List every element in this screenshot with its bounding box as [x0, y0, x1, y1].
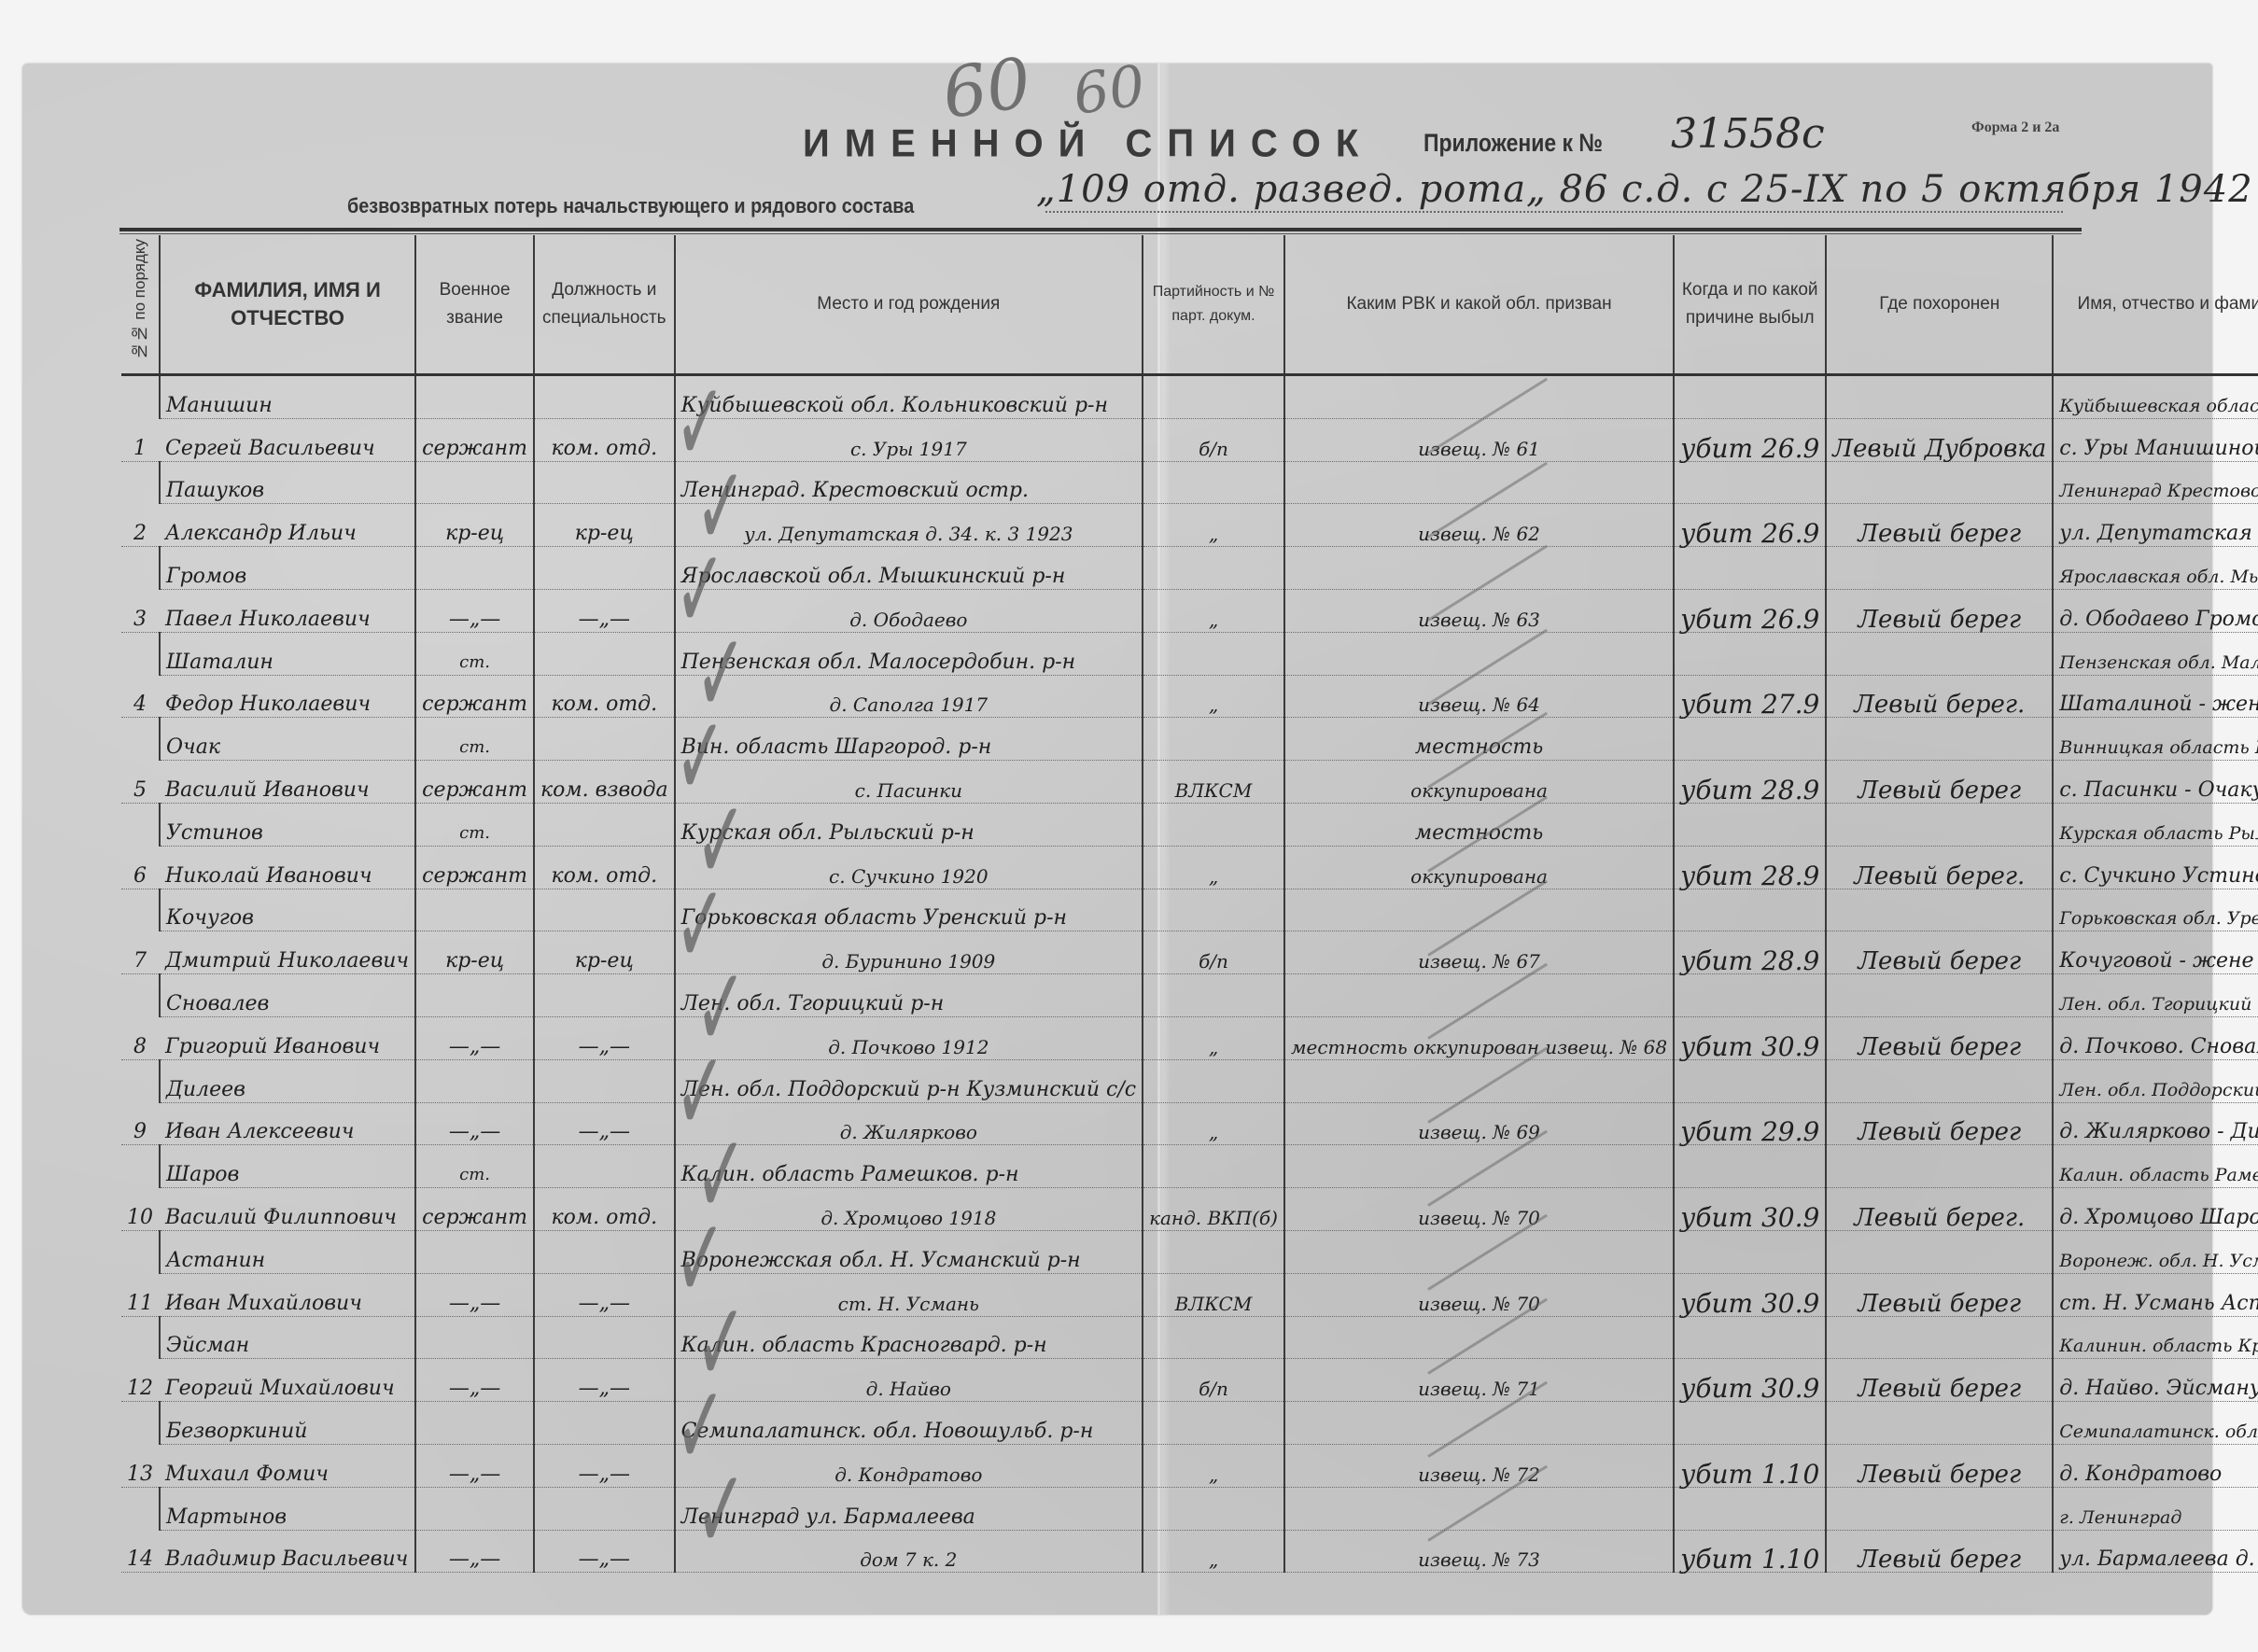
- contact-region: Горьковская обл. Уренский р-н д. Буринин…: [2053, 889, 2258, 931]
- row-number: 10: [121, 1145, 160, 1231]
- position-top: [534, 461, 675, 504]
- military-rank: —„—: [415, 1359, 534, 1402]
- party-top: [1143, 461, 1284, 504]
- reason-date: убит 26.9: [1674, 418, 1826, 461]
- party-top: [1143, 1230, 1284, 1273]
- position: ком. отд.: [534, 675, 675, 718]
- party-status: ВЛКСМ: [1143, 1273, 1284, 1316]
- party-status: „: [1143, 1102, 1284, 1145]
- buried-top: [1826, 718, 2053, 761]
- position: ком. отд.: [534, 1188, 675, 1231]
- burial-place: Левый берег: [1826, 504, 2053, 547]
- position: —„—: [534, 1359, 675, 1402]
- pencil-page-number-2: 60: [1070, 53, 1149, 128]
- contact-address: д. Жилярково - Дилееву отцу: [2053, 1102, 2258, 1145]
- table-row-surname: 10 Шаров ст. Калин. область Рамешков. р-…: [121, 1145, 2258, 1188]
- position-top: [534, 547, 675, 590]
- birthplace-region: Куйбышевской обл. Кольниковский р-н: [675, 375, 1143, 419]
- reason-top: [1674, 1230, 1826, 1273]
- row-number: 9: [121, 1059, 160, 1145]
- contact-address: Шаталиной - жене: [2053, 675, 2258, 718]
- reason-date: убит 28.9: [1674, 846, 1826, 889]
- appendix-label: Приложение к №: [1424, 129, 1603, 158]
- rank-prefix: [415, 375, 534, 419]
- burial-place: Левый берег: [1826, 1530, 2053, 1573]
- reason-top: [1674, 632, 1826, 675]
- rvk-notice: извещ. № 71: [1284, 1359, 1674, 1402]
- table-row-given: Григорий Иванович —„— —„— д. Почково 191…: [121, 1016, 2258, 1059]
- row-number: 5: [121, 718, 160, 804]
- table-row-surname: 6 Устинов ст. Курская обл. Рыльский р-н …: [121, 803, 2258, 846]
- military-rank: сержант: [415, 761, 534, 804]
- position-top: [534, 1402, 675, 1445]
- table-row-surname: 12 Эйсман Калин. область Красногвард. р-…: [121, 1316, 2258, 1359]
- unit-and-period: „109 отд. развед. рота„ 86 с.д. с 25-IX …: [1036, 168, 2100, 211]
- contact-address: д. Кондратово: [2053, 1444, 2258, 1487]
- position-top: [534, 1487, 675, 1530]
- table-top-rule-thin: [119, 233, 2082, 234]
- surname: Эйсман: [160, 1316, 415, 1359]
- position-top: [534, 1230, 675, 1273]
- position: ком. взвода: [534, 761, 675, 804]
- col-header-rank: Военное звание: [415, 235, 534, 375]
- given-names: Иван Михайлович: [160, 1273, 415, 1316]
- document-subtitle: безвозвратных потерь начальствующего и р…: [347, 194, 914, 218]
- table-row-given: Михаил Фомич —„— —„— д. Кондратово „ изв…: [121, 1444, 2258, 1487]
- buried-top: [1826, 889, 2053, 931]
- rank-prefix: ст.: [415, 718, 534, 761]
- rvk-top: [1284, 547, 1674, 590]
- rank-prefix: [415, 974, 534, 1017]
- table-row-given: Александр Ильич кр-ец кр-ец ул. Депутатс…: [121, 504, 2258, 547]
- contact-region: Винницкая область Шаргородский район -: [2053, 718, 2258, 761]
- position: —„—: [534, 1273, 675, 1316]
- buried-top: [1826, 547, 2053, 590]
- rvk-top: [1284, 1145, 1674, 1188]
- surname: Пашуков: [160, 461, 415, 504]
- table-row-given: Иван Алексеевич —„— —„— д. Жилярково „ и…: [121, 1102, 2258, 1145]
- row-number: 8: [121, 974, 160, 1060]
- party-top: [1143, 889, 1284, 931]
- position-top: [534, 803, 675, 846]
- reason-top: [1674, 461, 1826, 504]
- reason-date: убит 1.10: [1674, 1530, 1826, 1573]
- contact-region: Лен. обл. Тгорицкий р-н: [2053, 974, 2258, 1017]
- burial-place: Левый берег.: [1826, 675, 2053, 718]
- rank-prefix: [415, 1402, 534, 1445]
- table-row-given: Василий Филиппович сержант ком. отд. д. …: [121, 1188, 2258, 1231]
- rvk-notice: извещ. № 70: [1284, 1188, 1674, 1231]
- given-names: Федор Николаевич: [160, 675, 415, 718]
- given-names: Павел Николаевич: [160, 589, 415, 632]
- rvk-top: [1284, 461, 1674, 504]
- party-status: б/п: [1143, 1359, 1284, 1402]
- surname: Сновалев: [160, 974, 415, 1017]
- party-top: [1143, 974, 1284, 1017]
- reason-date: убит 26.9: [1674, 589, 1826, 632]
- surname: Шаталин: [160, 632, 415, 675]
- table-row-given: Федор Николаевич сержант ком. отд. д. Са…: [121, 675, 2258, 718]
- contact-address: д. Ободаево Громовой Н.И. - матери: [2053, 589, 2258, 632]
- party-status: „: [1143, 1444, 1284, 1487]
- pencil-check-icon: ✓: [695, 1455, 747, 1567]
- party-top: [1143, 803, 1284, 846]
- buried-top: [1826, 461, 2053, 504]
- military-rank: —„—: [415, 589, 534, 632]
- military-rank: кр-ец: [415, 504, 534, 547]
- surname: Манишин: [160, 375, 415, 419]
- military-rank: сержант: [415, 675, 534, 718]
- given-names: Григорий Иванович: [160, 1016, 415, 1059]
- rank-prefix: ст.: [415, 632, 534, 675]
- surname: Дилеев: [160, 1059, 415, 1102]
- position-top: [534, 889, 675, 931]
- rvk-notice: извещ. № 64: [1284, 675, 1674, 718]
- reason-top: [1674, 1402, 1826, 1445]
- contact-region: Семипалатинск. обл. Новошульбинский р-н: [2053, 1402, 2258, 1445]
- rvk-top: [1284, 1230, 1674, 1273]
- table-row-given: Сергей Васильевич сержант ком. отд. с. У…: [121, 418, 2258, 461]
- table-row-surname: 9 Дилеев Лен. обл. Поддорский р-н Кузмин…: [121, 1059, 2258, 1102]
- military-rank: —„—: [415, 1530, 534, 1573]
- rvk-top: [1284, 1059, 1674, 1102]
- party-status: „: [1143, 1530, 1284, 1573]
- position: кр-ец: [534, 504, 675, 547]
- buried-top: [1826, 1230, 2053, 1273]
- military-rank: сержант: [415, 846, 534, 889]
- surname: Кочугов: [160, 889, 415, 931]
- reason-top: [1674, 889, 1826, 931]
- buried-top: [1826, 803, 2053, 846]
- col-header-birth: Место и год рождения: [675, 235, 1143, 375]
- position: —„—: [534, 1016, 675, 1059]
- table-row-surname: 2 Пашуков Ленинград. Крестовский остр. Л…: [121, 461, 2258, 504]
- contact-region: Куйбышевская область Кольниковский район: [2053, 375, 2258, 419]
- contact-region: Ленинград Крестовский остров: [2053, 461, 2258, 504]
- given-names: Василий Филиппович: [160, 1188, 415, 1231]
- buried-top: [1826, 1059, 2053, 1102]
- burial-place: Левый берег: [1826, 1444, 2053, 1487]
- reason-date: убит 26.9: [1674, 504, 1826, 547]
- position-top: [534, 718, 675, 761]
- col-header-contact: Имя, отчество и фамилия, адрес жены или …: [2053, 235, 2258, 375]
- position: ком. отд.: [534, 846, 675, 889]
- buried-top: [1826, 1316, 2053, 1359]
- buried-top: [1826, 1145, 2053, 1188]
- rvk-notice: извещ. № 67: [1284, 931, 1674, 974]
- rvk-notice: извещ. № 63: [1284, 589, 1674, 632]
- burial-place: Левый берег: [1826, 1359, 2053, 1402]
- table-row-surname: 5 Очак ст. Вин. область Шаргород. р-н ме…: [121, 718, 2258, 761]
- reason-date: убит 28.9: [1674, 761, 1826, 804]
- rank-prefix: [415, 1230, 534, 1273]
- rvk-top: [1284, 375, 1674, 419]
- col-header-name: ФАМИЛИЯ, ИМЯ И ОТЧЕСТВО: [160, 235, 415, 375]
- reason-date: убит 29.9: [1674, 1102, 1826, 1145]
- reason-top: [1674, 803, 1826, 846]
- given-names: Михаил Фомич: [160, 1444, 415, 1487]
- col-header-reason: Когда и по какой причине выбыл: [1674, 235, 1826, 375]
- row-number: 12: [121, 1316, 160, 1402]
- table-row-surname: 11 Астанин Воронежская обл. Н. Усманский…: [121, 1230, 2258, 1273]
- contact-region: Курская область Рыльский район: [2053, 803, 2258, 846]
- table-row-given: Дмитрий Николаевич кр-ец кр-ец д. Бурини…: [121, 931, 2258, 974]
- buried-top: [1826, 1402, 2053, 1445]
- party-top: [1143, 1487, 1284, 1530]
- party-top: [1143, 1059, 1284, 1102]
- reason-date: убит 30.9: [1674, 1016, 1826, 1059]
- party-status: „: [1143, 504, 1284, 547]
- position: —„—: [534, 1102, 675, 1145]
- form-label: Форма 2 и 2а: [1971, 119, 2059, 136]
- contact-region: Пензенская обл. Малосердобинский р-н д. …: [2053, 632, 2258, 675]
- reason-top: [1674, 1059, 1826, 1102]
- reason-top: [1674, 375, 1826, 419]
- table-top-rule: [119, 228, 2082, 231]
- buried-top: [1826, 1487, 2053, 1530]
- position: —„—: [534, 589, 675, 632]
- table-row-given: Николай Иванович сержант ком. отд. с. Су…: [121, 846, 2258, 889]
- contact-region: г. Ленинград: [2053, 1487, 2258, 1530]
- buried-top: [1826, 375, 2053, 419]
- military-rank: —„—: [415, 1273, 534, 1316]
- row-number: 4: [121, 632, 160, 718]
- reason-top: [1674, 974, 1826, 1017]
- rank-prefix: [415, 1487, 534, 1530]
- contact-address: ст. Н. Усмань Астанину: [2053, 1273, 2258, 1316]
- position-top: [534, 1059, 675, 1102]
- reason-date: убит 30.9: [1674, 1273, 1826, 1316]
- table-row-surname: 3 Громов Ярославской обл. Мышкинский р-н…: [121, 547, 2258, 590]
- col-header-party: Партийность и № парт. докум.: [1143, 235, 1284, 375]
- row-number: 14: [121, 1487, 160, 1573]
- rvk-top: [1284, 974, 1674, 1017]
- burial-place: Левый берег: [1826, 1273, 2053, 1316]
- military-rank: сержант: [415, 1188, 534, 1231]
- contact-region: Калин. область Рамешков. р-н: [2053, 1145, 2258, 1188]
- table-header-row: №№ по порядку ФАМИЛИЯ, ИМЯ И ОТЧЕСТВО Во…: [121, 235, 2258, 375]
- party-top: [1143, 1316, 1284, 1359]
- position-top: [534, 632, 675, 675]
- party-top: [1143, 547, 1284, 590]
- appendix-number: 31558с: [1671, 110, 1825, 158]
- reason-date: убит 30.9: [1674, 1188, 1826, 1231]
- table-row-surname: 7 Кочугов Горьковская область Уренский р…: [121, 889, 2258, 931]
- table-row-given: Павел Николаевич —„— —„— д. Ободаево „ и…: [121, 589, 2258, 632]
- party-top: [1143, 1402, 1284, 1445]
- given-names: Василий Иванович: [160, 761, 415, 804]
- rank-prefix: [415, 461, 534, 504]
- rank-prefix: [415, 1316, 534, 1359]
- contact-address: д. Хромцово Шаровой М.В. - мат.: [2053, 1188, 2258, 1231]
- given-names: Николай Иванович: [160, 846, 415, 889]
- contact-region: Воронеж. обл. Н. Усманский р-н: [2053, 1230, 2258, 1273]
- pencil-page-number: 60: [937, 43, 1035, 134]
- contact-address: д. Найво. Эйсману.: [2053, 1359, 2258, 1402]
- rvk-notice: извещ. № 61: [1284, 418, 1674, 461]
- rank-prefix: [415, 889, 534, 931]
- party-status: б/п: [1143, 418, 1284, 461]
- table-row-given: Владимир Васильевич —„— —„— дом 7 к. 2 „…: [121, 1530, 2258, 1573]
- military-rank: —„—: [415, 1102, 534, 1145]
- party-status: ВЛКСМ: [1143, 761, 1284, 804]
- burial-place: Левый Дубровка: [1826, 418, 2053, 461]
- reason-date: убит 30.9: [1674, 1359, 1826, 1402]
- table-row-surname: 8 Сновалев Лен. обл. Тгорицкий р-н Лен. …: [121, 974, 2258, 1017]
- party-status: „: [1143, 589, 1284, 632]
- surname: Устинов: [160, 803, 415, 846]
- position-top: [534, 974, 675, 1017]
- col-header-buried: Где похоронен: [1826, 235, 2053, 375]
- burial-place: Левый берег.: [1826, 846, 2053, 889]
- rvk-notice: местность оккупирован извещ. № 68: [1284, 1016, 1674, 1059]
- rvk-notice: извещ. № 69: [1284, 1102, 1674, 1145]
- row-number: 3: [121, 547, 160, 633]
- surname: Шаров: [160, 1145, 415, 1188]
- party-top: [1143, 375, 1284, 419]
- rvk-notice: оккупирована: [1284, 846, 1674, 889]
- burial-place: Левый берег: [1826, 761, 2053, 804]
- contact-region: Ярославская обл. Мышкинский р-н: [2053, 547, 2258, 590]
- table-row-surname: 1 Манишин Куйбышевской обл. Кольниковски…: [121, 375, 2258, 419]
- surname: Громов: [160, 547, 415, 590]
- given-names: Дмитрий Николаевич: [160, 931, 415, 974]
- rank-prefix: [415, 547, 534, 590]
- rank-prefix: ст.: [415, 1145, 534, 1188]
- buried-top: [1826, 632, 2053, 675]
- contact-region: Лен. обл. Поддорский р-н: [2053, 1059, 2258, 1102]
- casualty-table: №№ по порядку ФАМИЛИЯ, ИМЯ И ОТЧЕСТВО Во…: [121, 235, 2258, 1573]
- position: ком. отд.: [534, 418, 675, 461]
- contact-address: с. Пасинки - Очаку Ивану отцу: [2053, 761, 2258, 804]
- party-status: „: [1143, 675, 1284, 718]
- position: кр-ец: [534, 931, 675, 974]
- contact-address: с. Уры Манишиной Е.И. - матери: [2053, 418, 2258, 461]
- table-row-given: Иван Михайлович —„— —„— ст. Н. Усмань ВЛ…: [121, 1273, 2258, 1316]
- rvk-notice: извещ. № 72: [1284, 1444, 1674, 1487]
- table-row-given: Василий Иванович сержант ком. взвода с. …: [121, 761, 2258, 804]
- party-status: б/п: [1143, 931, 1284, 974]
- burial-place: Левый берег: [1826, 1016, 2053, 1059]
- given-names: Иван Алексеевич: [160, 1102, 415, 1145]
- reason-date: убит 1.10: [1674, 1444, 1826, 1487]
- military-rank: кр-ец: [415, 931, 534, 974]
- party-status: „: [1143, 846, 1284, 889]
- military-rank: —„—: [415, 1444, 534, 1487]
- surname: Астанин: [160, 1230, 415, 1273]
- contact-address: д. Почково. Сновалевой - мат.: [2053, 1016, 2258, 1059]
- position-top: [534, 1145, 675, 1188]
- surname: Очак: [160, 718, 415, 761]
- table-row-surname: 13 Безворкиний Семипалатинск. обл. Новош…: [121, 1402, 2258, 1445]
- contact-address: ул. Депутатская д. 34 к. 3. Пашукову отц…: [2053, 504, 2258, 547]
- party-status: „: [1143, 1016, 1284, 1059]
- rvk-notice: извещ. № 62: [1284, 504, 1674, 547]
- table-row-surname: 4 Шаталин ст. Пензенская обл. Малосердоб…: [121, 632, 2258, 675]
- given-names: Георгий Михайлович: [160, 1359, 415, 1402]
- row-number: 2: [121, 461, 160, 547]
- position-top: [534, 375, 675, 419]
- burial-place: Левый берег: [1826, 1102, 2053, 1145]
- col-header-position: Должность и специальность: [534, 235, 675, 375]
- row-number: 1: [121, 375, 160, 462]
- buried-top: [1826, 974, 2053, 1017]
- rank-prefix: [415, 1059, 534, 1102]
- reason-top: [1674, 1145, 1826, 1188]
- col-header-rvk: Каким РВК и какой обл. призван: [1284, 235, 1674, 375]
- row-number: 6: [121, 803, 160, 889]
- col-header-number: №№ по порядку: [121, 235, 160, 375]
- burial-place: Левый берег.: [1826, 1188, 2053, 1231]
- reason-top: [1674, 718, 1826, 761]
- given-names: Александр Ильич: [160, 504, 415, 547]
- rvk-top: [1284, 1316, 1674, 1359]
- burial-place: Левый берег: [1826, 589, 2053, 632]
- row-number: 11: [121, 1230, 160, 1316]
- given-names: Владимир Васильевич: [160, 1530, 415, 1573]
- military-rank: сержант: [415, 418, 534, 461]
- party-top: [1143, 1145, 1284, 1188]
- reason-top: [1674, 1487, 1826, 1530]
- table-row-surname: 14 Мартынов Ленинград ул. Бармалеева г. …: [121, 1487, 2258, 1530]
- position-top: [534, 1316, 675, 1359]
- rvk-notice: оккупирована: [1284, 761, 1674, 804]
- burial-place: Левый берег: [1826, 931, 2053, 974]
- fill-line: [1045, 211, 2063, 213]
- document-title: ИМЕННОЙ СПИСОК: [803, 122, 1373, 166]
- reason-date: убит 27.9: [1674, 675, 1826, 718]
- reason-date: убит 28.9: [1674, 931, 1826, 974]
- party-status: канд. ВКП(б): [1143, 1188, 1284, 1231]
- reason-top: [1674, 1316, 1826, 1359]
- table-row-given: Георгий Михайлович —„— —„— д. Найво б/п …: [121, 1359, 2258, 1402]
- contact-address: Кочуговой - жене: [2053, 931, 2258, 974]
- rvk-notice: извещ. № 73: [1284, 1530, 1674, 1573]
- contact-address: ул. Бармалеева д. 7 к. 2 Мартынову.: [2053, 1530, 2258, 1573]
- row-number: 13: [121, 1402, 160, 1488]
- position: —„—: [534, 1530, 675, 1573]
- contact-region: Калинин. область Красногвардейский р-н: [2053, 1316, 2258, 1359]
- party-top: [1143, 718, 1284, 761]
- party-top: [1143, 632, 1284, 675]
- row-number: 7: [121, 889, 160, 974]
- reason-top: [1674, 547, 1826, 590]
- rvk-notice: извещ. № 70: [1284, 1273, 1674, 1316]
- military-rank: —„—: [415, 1016, 534, 1059]
- given-names: Сергей Васильевич: [160, 418, 415, 461]
- rank-prefix: ст.: [415, 803, 534, 846]
- surname: Безворкиний: [160, 1402, 415, 1445]
- position: —„—: [534, 1444, 675, 1487]
- rvk-top: [1284, 632, 1674, 675]
- surname: Мартынов: [160, 1487, 415, 1530]
- contact-address: с. Сучкино Устиновой - мат.: [2053, 846, 2258, 889]
